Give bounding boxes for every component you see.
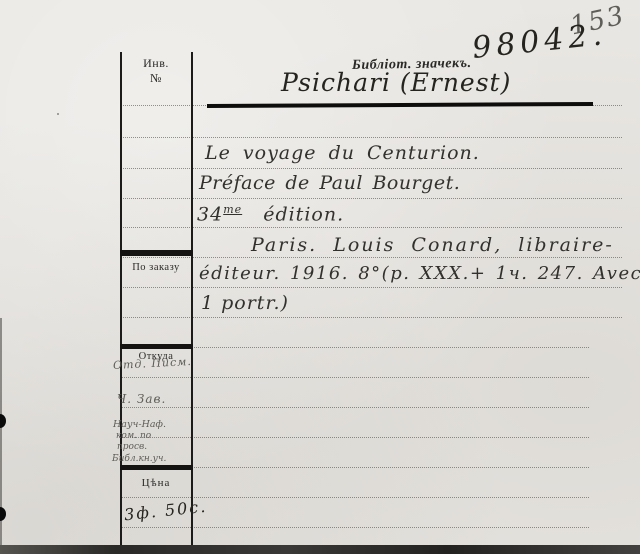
- origin-note: Науч-Наф.: [113, 419, 166, 430]
- entry-preface-line: Préface de Paul Bourget.: [199, 172, 460, 194]
- inventory-label-line1: Инв.: [121, 56, 191, 71]
- origin-note: Ч. Зав.: [117, 392, 166, 406]
- ruled-line: [121, 317, 622, 318]
- entry-title-line: Le voyage du Centurion.: [205, 142, 480, 164]
- entry-imprint-line3: 1 portr.): [201, 292, 289, 314]
- order-label: По заказу: [121, 262, 191, 273]
- edition-number: 34: [197, 203, 223, 225]
- paper-speck: [57, 113, 59, 115]
- origin-note: ком. по: [116, 431, 151, 441]
- column-right-border: [191, 52, 193, 547]
- origin-note: просв.: [117, 442, 147, 452]
- hole-punch-mark: [0, 507, 6, 521]
- edition-suffix: me: [223, 203, 242, 216]
- entry-edition-line: 34me édition.: [197, 203, 344, 225]
- section-bar: [120, 250, 193, 256]
- inventory-label-line2: №: [121, 71, 191, 86]
- heading-underline: [207, 102, 593, 108]
- edition-rest: édition.: [242, 203, 344, 225]
- scan-bottom-band: [0, 545, 640, 554]
- section-bar: [120, 344, 193, 349]
- origin-note: Отд. Писм.: [113, 355, 192, 372]
- entry-imprint-line2: éditeur. 1916. 8°(p. XXX.+ 1ч. 247. Avec: [199, 263, 640, 284]
- price-value: 3ф. 50с.: [123, 497, 208, 525]
- catalog-card-scan: Инв. № По заказу Откуда Цѣна 153 98042. …: [0, 0, 640, 554]
- column-left-border: [120, 52, 122, 547]
- ruled-line: [121, 137, 622, 138]
- ruled-line: [121, 198, 622, 199]
- section-bar: [120, 465, 193, 470]
- ruled-line: [121, 227, 622, 228]
- entry-imprint-line1: Paris. Louis Conard, libraire-: [251, 234, 614, 256]
- author-heading: Psichari (Ernest): [281, 68, 511, 97]
- price-label: Цѣна: [121, 477, 191, 489]
- origin-note: Библ.кн.уч.: [112, 454, 166, 464]
- ruled-line: [121, 257, 622, 258]
- ruled-line: [121, 168, 622, 169]
- accession-number: 98042.: [471, 17, 609, 66]
- hole-punch-mark: [0, 414, 6, 428]
- ruled-line: [121, 287, 622, 288]
